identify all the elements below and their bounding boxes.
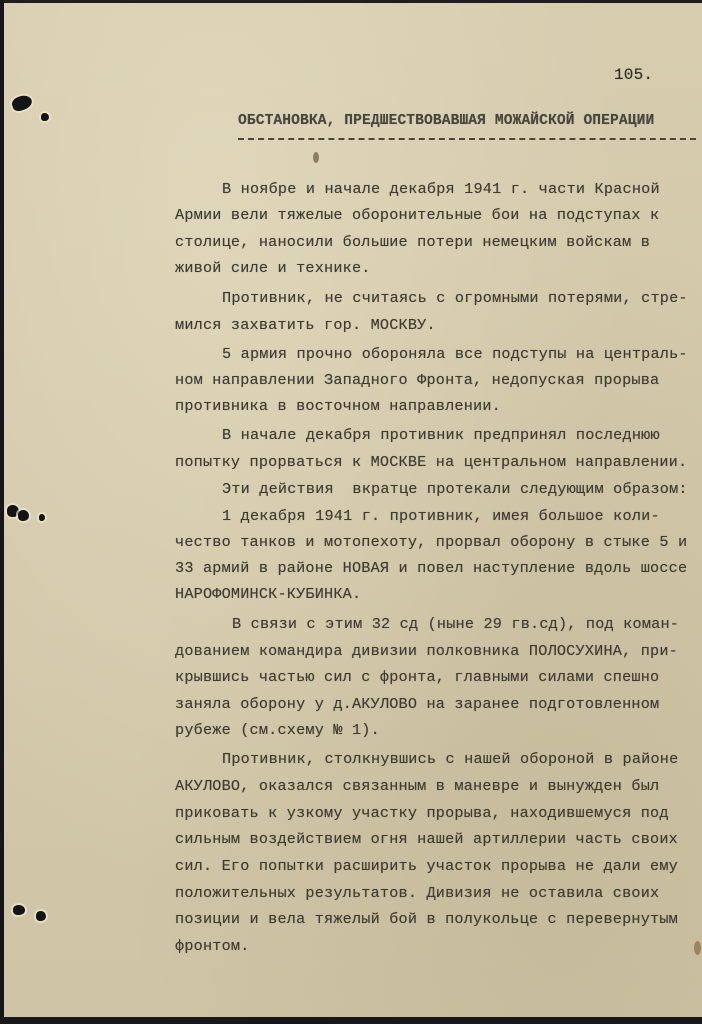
text-line: дованием командира дивизии полковника ПО…	[175, 642, 678, 660]
paper-stain	[694, 941, 701, 955]
text-line: 1 декабря 1941 г. противник, имея большо…	[222, 507, 660, 525]
punch-hole	[39, 514, 45, 521]
text-line: крывшись частью сил с фронта, главными с…	[175, 668, 659, 686]
text-line: столице, наносили большие потери немецки…	[175, 233, 650, 251]
text-line: В ноябре и начале декабря 1941 г. части …	[222, 180, 660, 198]
scan-bottom-edge	[0, 1017, 702, 1024]
text-line: заняла оборону у д.АКУЛОВО на заранее по…	[175, 695, 659, 713]
text-line: попытку прорваться к МОСКВЕ на центральн…	[175, 453, 687, 471]
text-line: мился захватить гор. МОСКВУ.	[175, 316, 436, 334]
text-line: рубеже (см.схему № 1).	[175, 721, 380, 739]
document-title: ОБСТАНОВКА, ПРЕДШЕСТВОВАВШАЯ МОЖАЙСКОЙ О…	[238, 113, 654, 129]
text-line: фронтом.	[175, 937, 250, 955]
text-line: противника в восточном направлении.	[175, 397, 501, 415]
ink-smudge	[313, 152, 319, 163]
punch-hole	[41, 113, 49, 121]
text-line: В начале декабря противник предпринял по…	[222, 426, 660, 444]
text-line: чество танков и мотопехоту, прорвал обор…	[175, 533, 687, 551]
text-line: живой силе и технике.	[175, 259, 371, 277]
text-line: сил. Его попытки расширить участок проры…	[175, 857, 678, 875]
text-line: позиции и вела тяжелый бой в полукольце …	[175, 910, 678, 928]
text-line: В связи с этим 32 сд (ныне 29 гв.сд), по…	[232, 615, 679, 633]
text-line: Армии вели тяжелые оборонительные бои на…	[175, 206, 659, 224]
text-line: АКУЛОВО, оказался связанным в маневре и …	[175, 777, 659, 795]
text-line: сильным воздействием огня нашей артиллер…	[175, 830, 678, 848]
text-line: 5 армия прочно обороняла все подступы на…	[222, 345, 688, 363]
text-line: положительных результатов. Дивизия не ос…	[175, 884, 659, 902]
text-line: Противник, не считаясь с огромными потер…	[222, 289, 688, 307]
scan-left-edge	[0, 0, 4, 1024]
text-line: НАРОФОМИНСК-КУБИНКА.	[175, 585, 361, 603]
punch-hole	[13, 905, 25, 915]
punch-hole	[36, 911, 46, 921]
page-number: 105.	[614, 66, 653, 84]
title-underline	[238, 138, 696, 140]
text-line: ном направлении Западного Фронта, недопу…	[175, 371, 659, 389]
punch-hole	[18, 510, 29, 521]
text-line: Эти действия вкратце протекали следующим…	[222, 480, 688, 498]
text-line: приковать к узкому участку прорыва, нахо…	[175, 804, 669, 822]
text-line: Противник, столкнувшись с нашей обороной…	[222, 750, 678, 768]
text-line: 33 армий в районе НОВАЯ и повел наступле…	[175, 559, 687, 577]
